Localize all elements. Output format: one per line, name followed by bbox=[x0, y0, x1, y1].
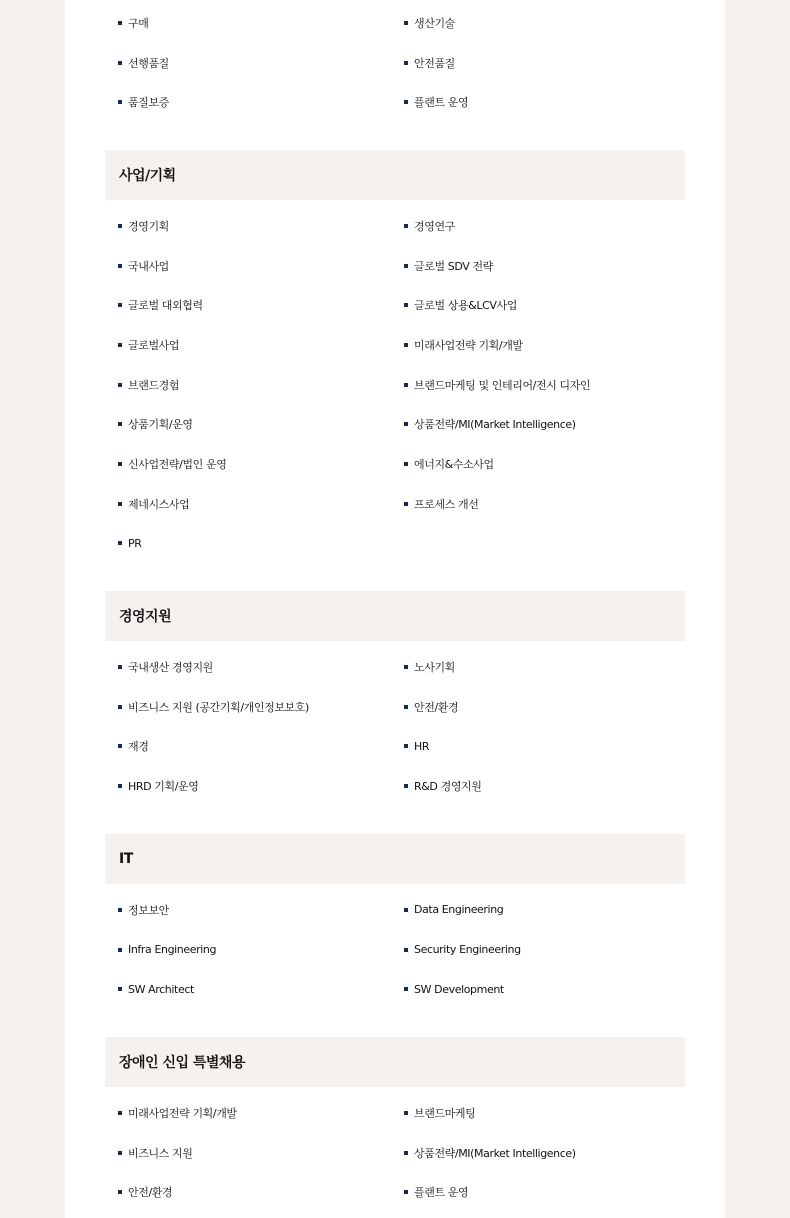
job-item[interactable]: 재경 bbox=[105, 726, 390, 766]
square-bullet-icon bbox=[404, 462, 408, 466]
job-item[interactable]: Data Engineering bbox=[390, 890, 685, 930]
job-item[interactable]: 미래사업전략 기획/개발 bbox=[105, 1093, 390, 1133]
square-bullet-icon bbox=[118, 224, 122, 228]
section-management-support: 경영지원 국내생산 경영지원 노사기획 비즈니스 지원 (공간기획/개인정보보호… bbox=[105, 591, 685, 806]
job-list: 미래사업전략 기획/개발 브랜드마케팅 비즈니스 지원 상품전략/MI(Mark… bbox=[105, 1093, 685, 1212]
square-bullet-icon bbox=[404, 383, 408, 387]
job-item[interactable]: HRD 기획/운영 bbox=[105, 766, 390, 806]
square-bullet-icon bbox=[404, 744, 408, 748]
square-bullet-icon bbox=[118, 665, 122, 669]
job-list: 경영기획 경영연구 국내사업 글로벌 SDV 전략 글로벌 대외협력 글로벌 상… bbox=[105, 206, 685, 563]
job-item[interactable]: SW Development bbox=[390, 969, 685, 1009]
job-item[interactable]: 상품전략/MI(Market Intelligence) bbox=[390, 1133, 685, 1173]
square-bullet-icon bbox=[118, 462, 122, 466]
job-item[interactable]: 안전/환경 bbox=[390, 687, 685, 727]
square-bullet-icon bbox=[118, 1111, 122, 1115]
job-item[interactable]: SW Architect bbox=[105, 969, 390, 1009]
job-item[interactable]: 에너지&수소사업 bbox=[390, 444, 685, 484]
job-item[interactable]: 브랜드마케팅 및 인테리어/전시 디자인 bbox=[390, 365, 685, 405]
square-bullet-icon bbox=[118, 1190, 122, 1194]
job-item[interactable]: 비즈니스 지원 (공간기획/개인정보보호) bbox=[105, 687, 390, 727]
section-header: IT bbox=[105, 834, 685, 884]
square-bullet-icon bbox=[118, 502, 122, 506]
section-business-planning: 사업/기획 경영기획 경영연구 국내사업 글로벌 SDV 전략 글로벌 대외협력… bbox=[105, 150, 685, 563]
square-bullet-icon bbox=[118, 383, 122, 387]
square-bullet-icon bbox=[118, 705, 122, 709]
square-bullet-icon bbox=[118, 784, 122, 788]
job-item[interactable]: 플랜트 운영 bbox=[390, 82, 685, 122]
square-bullet-icon bbox=[404, 784, 408, 788]
section-it: IT 정보보안 Data Engineering Infra Engineeri… bbox=[105, 834, 685, 1009]
square-bullet-icon bbox=[404, 422, 408, 426]
job-item[interactable]: 경영연구 bbox=[390, 206, 685, 246]
square-bullet-icon bbox=[404, 665, 408, 669]
square-bullet-icon bbox=[404, 21, 408, 25]
square-bullet-icon bbox=[404, 987, 408, 991]
square-bullet-icon bbox=[118, 21, 122, 25]
job-item[interactable]: 비즈니스 지원 bbox=[105, 1133, 390, 1173]
square-bullet-icon bbox=[118, 303, 122, 307]
square-bullet-icon bbox=[404, 705, 408, 709]
job-item[interactable]: 국내생산 경영지원 bbox=[105, 647, 390, 687]
square-bullet-icon bbox=[118, 100, 122, 104]
square-bullet-icon bbox=[404, 1151, 408, 1155]
square-bullet-icon bbox=[404, 343, 408, 347]
job-item[interactable]: 국내사업 bbox=[105, 246, 390, 286]
job-item[interactable]: HR bbox=[390, 726, 685, 766]
job-item[interactable]: 노사기획 bbox=[390, 647, 685, 687]
job-item[interactable]: Security Engineering bbox=[390, 930, 685, 970]
job-item[interactable]: PR bbox=[105, 524, 390, 564]
square-bullet-icon bbox=[118, 343, 122, 347]
job-item[interactable]: 제네시스사업 bbox=[105, 484, 390, 524]
section-header: 경영지원 bbox=[105, 591, 685, 641]
job-item[interactable]: 경영기획 bbox=[105, 206, 390, 246]
job-item[interactable]: 정보보안 bbox=[105, 890, 390, 930]
square-bullet-icon bbox=[118, 61, 122, 65]
job-item[interactable]: 글로벌 상용&LCV사업 bbox=[390, 285, 685, 325]
job-item[interactable]: 글로벌사업 bbox=[105, 325, 390, 365]
job-item[interactable]: 글로벌 SDV 전략 bbox=[390, 246, 685, 286]
square-bullet-icon bbox=[404, 908, 408, 912]
job-item[interactable]: 품질보증 bbox=[105, 82, 390, 122]
job-item[interactable]: 선행품질 bbox=[105, 43, 390, 83]
square-bullet-icon bbox=[404, 61, 408, 65]
job-item[interactable]: 브랜드경험 bbox=[105, 365, 390, 405]
job-list: 정보보안 Data Engineering Infra Engineering … bbox=[105, 890, 685, 1009]
square-bullet-icon bbox=[404, 502, 408, 506]
job-item[interactable]: 미래사업전략 기획/개발 bbox=[390, 325, 685, 365]
job-list: 구매 생산기술 선행품질 안전품질 품질보증 플랜트 운영 bbox=[105, 3, 685, 122]
square-bullet-icon bbox=[404, 1111, 408, 1115]
square-bullet-icon bbox=[118, 948, 122, 952]
square-bullet-icon bbox=[404, 948, 408, 952]
square-bullet-icon bbox=[118, 1151, 122, 1155]
section-header: 사업/기획 bbox=[105, 150, 685, 200]
job-item[interactable]: 브랜드마케팅 bbox=[390, 1093, 685, 1133]
square-bullet-icon bbox=[404, 264, 408, 268]
square-bullet-icon bbox=[404, 303, 408, 307]
square-bullet-icon bbox=[118, 908, 122, 912]
square-bullet-icon bbox=[118, 541, 122, 545]
job-item[interactable]: 생산기술 bbox=[390, 3, 685, 43]
square-bullet-icon bbox=[118, 987, 122, 991]
square-bullet-icon bbox=[118, 744, 122, 748]
section-production-quality: 구매 생산기술 선행품질 안전품질 품질보증 플랜트 운영 bbox=[105, 3, 685, 122]
job-item[interactable]: 상품기획/운영 bbox=[105, 404, 390, 444]
square-bullet-icon bbox=[118, 422, 122, 426]
job-item[interactable]: 신사업전략/법인 운영 bbox=[105, 444, 390, 484]
job-category-panel: 구매 생산기술 선행품질 안전품질 품질보증 플랜트 운영 사업/기획 경영기획… bbox=[65, 0, 725, 1218]
job-item[interactable]: 구매 bbox=[105, 3, 390, 43]
job-item[interactable]: 안전/환경 bbox=[105, 1172, 390, 1212]
job-item[interactable]: 프로세스 개선 bbox=[390, 484, 685, 524]
job-item[interactable]: 글로벌 대외협력 bbox=[105, 285, 390, 325]
job-item[interactable]: 상품전략/MI(Market Intelligence) bbox=[390, 404, 685, 444]
section-disabled-new-hire: 장애인 신입 특별채용 미래사업전략 기획/개발 브랜드마케팅 비즈니스 지원 … bbox=[105, 1037, 685, 1212]
job-item[interactable]: 안전품질 bbox=[390, 43, 685, 83]
square-bullet-icon bbox=[404, 100, 408, 104]
job-item[interactable]: Infra Engineering bbox=[105, 930, 390, 970]
job-item[interactable]: R&D 경영지원 bbox=[390, 766, 685, 806]
square-bullet-icon bbox=[118, 264, 122, 268]
square-bullet-icon bbox=[404, 224, 408, 228]
job-item[interactable]: 플랜트 운영 bbox=[390, 1172, 685, 1212]
job-list: 국내생산 경영지원 노사기획 비즈니스 지원 (공간기획/개인정보보호) 안전/… bbox=[105, 647, 685, 806]
section-header: 장애인 신입 특별채용 bbox=[105, 1037, 685, 1087]
square-bullet-icon bbox=[404, 1190, 408, 1194]
